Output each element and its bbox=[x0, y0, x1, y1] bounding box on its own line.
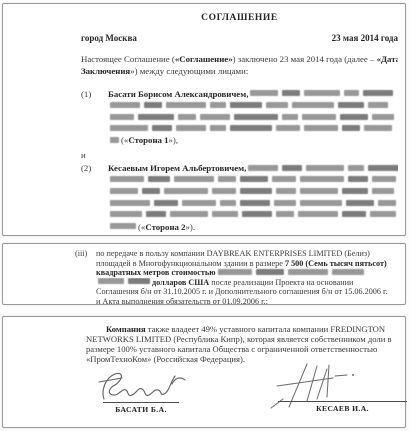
signature-line-left bbox=[103, 402, 179, 403]
redacted-text bbox=[108, 112, 398, 124]
defined-term-date-part1: «Дата bbox=[377, 54, 398, 64]
redacted-text bbox=[108, 198, 398, 210]
final-line-3: размере 100% уставного капитала Общества… bbox=[86, 344, 397, 354]
intro-line-1: Настоящее Соглашение («Соглашение») закл… bbox=[81, 54, 398, 66]
redacted-text bbox=[108, 100, 398, 112]
defined-term-agreement: «Соглашение» bbox=[175, 54, 233, 64]
document-title: СОГЛАШЕНИЕ bbox=[81, 13, 398, 23]
redacted-text bbox=[108, 135, 121, 145]
redacted-text bbox=[108, 210, 398, 222]
clause-bold-text: квадратных метров стоимостью bbox=[96, 268, 216, 277]
conjunction-and: и bbox=[81, 150, 398, 160]
party-2-body: Кесаевым Игорем Альбертовичем, («Сторона… bbox=[108, 163, 398, 233]
place-date-row: город Москва 23 мая 2014 года bbox=[81, 33, 398, 43]
area-amount: 7 500 (Семь тысяч пятьсот) bbox=[285, 259, 387, 268]
tail-text: »). bbox=[186, 222, 196, 232]
clause-text: после реализации Проекта на основании bbox=[209, 278, 353, 287]
clause-iii-item: (iii) по передаче в пользу компании DAYB… bbox=[75, 249, 398, 306]
redacted-text bbox=[248, 89, 395, 99]
party-2-number: (2) bbox=[81, 163, 108, 233]
agreement-fragment-header: СОГЛАШЕНИЕ город Москва 23 мая 2014 года… bbox=[2, 3, 406, 236]
clause-line-3: квадратных метров стоимостью bbox=[96, 268, 398, 278]
party-2-line-1: Кесаевым Игорем Альбертовичем, bbox=[108, 163, 398, 175]
clause-line-5: Соглашения б/н от 31.10.2005 г. и Дополн… bbox=[96, 287, 398, 297]
party-2-tail-line: («Сторона 2»). bbox=[108, 222, 398, 234]
redacted-text bbox=[108, 124, 398, 136]
final-text: также владеет 49% уставного капитала ком… bbox=[146, 324, 386, 334]
clause-body: по передаче в пользу компании DAYBREAK E… bbox=[96, 249, 398, 306]
party-2-item: (2) Кесаевым Игорем Альбертовичем, («Сто… bbox=[81, 163, 398, 233]
intro-line-2: Заключения») между следующими лицами: bbox=[81, 66, 398, 78]
defined-term-party-1: Сторона 1 bbox=[128, 135, 168, 145]
defined-term-date-part2: Заключения bbox=[81, 66, 130, 76]
clause-line-6: и Акта выполнения обязательств от 01.09.… bbox=[96, 297, 398, 307]
party-1-tail-line: («Сторона 1»), bbox=[108, 135, 398, 147]
signatory-name-right: КЕСАЕВ И.А. bbox=[278, 404, 407, 413]
party-1-body: Басати Борисом Александровичем, («Сторон… bbox=[108, 89, 398, 148]
redacted-text bbox=[108, 175, 398, 187]
redacted-text bbox=[108, 187, 398, 199]
clause-line-4: долларов США после реализации Проекта на… bbox=[96, 278, 398, 288]
intro-text: ») между следующими лицами: bbox=[130, 66, 248, 76]
signature-line-right bbox=[278, 401, 407, 402]
redacted-text bbox=[108, 222, 138, 232]
signatory-name-left: БАСАТИ Б.А. bbox=[103, 405, 179, 414]
party-1-number: (1) bbox=[81, 89, 108, 148]
agreement-fragment-clause: (iii) по передаче в пользу компании DAYB… bbox=[2, 243, 406, 305]
final-line-1: Компания также владеет 49% уставного кап… bbox=[86, 324, 397, 334]
clause-number: (iii) bbox=[75, 249, 96, 306]
party-1-item: (1) Басати Борисом Александровичем, («Ст… bbox=[81, 89, 398, 148]
tail-text: »), bbox=[169, 135, 179, 145]
clause-line-1: по передаче в пользу компании DAYBREAK E… bbox=[96, 249, 398, 259]
place-label: город Москва bbox=[81, 33, 137, 43]
redacted-text bbox=[216, 268, 366, 277]
signature-basati bbox=[96, 369, 191, 405]
party-1-name: Басати Борисом Александровичем, bbox=[108, 89, 248, 99]
redacted-text bbox=[96, 278, 152, 287]
currency-label: долларов США bbox=[152, 278, 209, 287]
intro-text: ) заключено 23 мая 2014 года (далее – bbox=[233, 54, 377, 64]
final-paragraph: Компания также владеет 49% уставного кап… bbox=[86, 324, 397, 364]
intro-text: Настоящее Соглашение ( bbox=[81, 54, 175, 64]
date-label: 23 мая 2014 года bbox=[332, 33, 398, 43]
agreement-fragment-signatures: Компания также владеет 49% уставного кап… bbox=[2, 316, 406, 428]
clause-text: площадей в Многофункциональном здании в … bbox=[96, 259, 285, 268]
party-1-line-1: Басати Борисом Александровичем, bbox=[108, 89, 398, 101]
redacted-text bbox=[246, 163, 398, 173]
intro-paragraph: Настоящее Соглашение («Соглашение») закл… bbox=[81, 54, 398, 78]
clause-line-2: площадей в Многофункциональном здании в … bbox=[96, 259, 398, 269]
final-line-2: NETWORKS LIMITED (Республика Кипр), кото… bbox=[86, 334, 397, 344]
defined-term-party-2: Сторона 2 bbox=[145, 222, 185, 232]
company-term: Компания bbox=[106, 324, 146, 334]
party-2-name: Кесаевым Игорем Альбертовичем, bbox=[108, 163, 246, 173]
